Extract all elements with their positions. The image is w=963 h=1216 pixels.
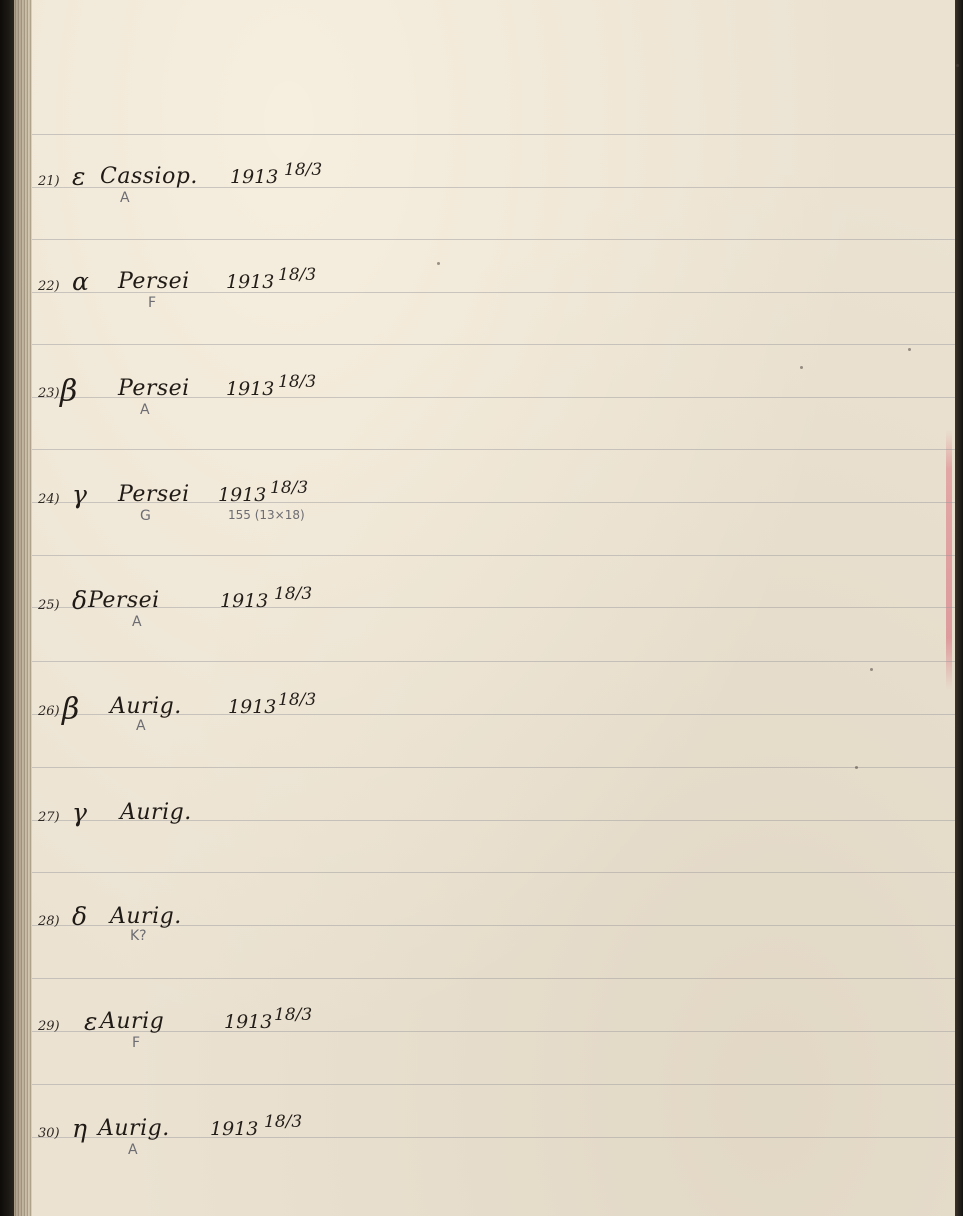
observation-year: 1913 [218, 484, 266, 506]
log-entry: 28) δ Aurig. K? [38, 900, 358, 950]
observation-date: 18/3 [270, 478, 308, 498]
entry-number: 22) [38, 279, 60, 294]
log-entry: 22) α Persei 1913 18/3 F [38, 265, 358, 315]
ruled-line [32, 1084, 955, 1085]
constellation-name: Aurig. [120, 800, 192, 825]
greek-letter: ε [84, 1007, 97, 1036]
observation-year: 1913 [224, 1011, 272, 1033]
spectral-class: A [132, 614, 142, 630]
greek-letter: ε [72, 162, 85, 191]
constellation-name: Aurig [100, 1009, 164, 1034]
observation-year: 1913 [210, 1118, 258, 1140]
ruled-line [32, 767, 955, 768]
observation-date: 18/3 [284, 160, 322, 180]
greek-letter: γ [72, 798, 87, 827]
constellation-name: Persei [88, 588, 160, 613]
spectral-class: A [140, 402, 150, 418]
spectral-class: F [132, 1035, 140, 1051]
observation-year: 1913 [226, 271, 274, 293]
log-entry: 26) β Aurig. 1913 18/3 A [38, 690, 358, 740]
ruled-line [32, 661, 955, 662]
spectral-class: G [140, 508, 151, 524]
greek-letter: δ [72, 902, 87, 931]
book-binding [0, 0, 14, 1216]
spectral-class: F [148, 295, 156, 311]
greek-letter: γ [72, 480, 87, 509]
entry-number: 28) [38, 914, 60, 929]
paper-speck [800, 366, 803, 369]
exposure-note: 155 (13×18) [228, 508, 305, 522]
entry-number: 25) [38, 598, 60, 613]
entry-number: 21) [38, 174, 60, 189]
entry-number: 23) [38, 386, 60, 401]
page-edges [14, 0, 32, 1216]
constellation-name: Persei [118, 269, 190, 294]
ruled-line [32, 978, 955, 979]
log-entry: 27) γ Aurig. [38, 796, 358, 846]
paper-speck [855, 766, 858, 769]
ruled-line [32, 555, 955, 556]
ruled-line [32, 134, 955, 135]
entry-number: 27) [38, 810, 60, 825]
pink-margin-stain [946, 430, 952, 690]
paper-speck [437, 262, 440, 265]
log-entry: 21) ε Cassiop. 1913 18/3 A [38, 160, 358, 210]
entry-number: 26) [38, 704, 60, 719]
greek-letter: δ [72, 586, 87, 615]
ruled-line [32, 344, 955, 345]
observation-date: 18/3 [278, 372, 316, 392]
entry-number: 29) [38, 1019, 60, 1034]
entry-number: 24) [38, 492, 60, 507]
paper-speck [956, 64, 959, 67]
observation-year: 1913 [220, 590, 268, 612]
page-right-edge [955, 0, 963, 1216]
entry-number: 30) [38, 1126, 60, 1141]
observation-date: 18/3 [274, 1005, 312, 1025]
paper-speck [908, 348, 911, 351]
observation-date: 18/3 [264, 1112, 302, 1132]
paper-speck [870, 668, 873, 671]
spectral-class: A [120, 190, 130, 206]
constellation-name: Aurig. [98, 1116, 170, 1141]
log-entry: 23) β Persei 1913 18/3 A [38, 372, 358, 422]
observation-date: 18/3 [274, 584, 312, 604]
constellation-name: Persei [118, 376, 190, 401]
greek-letter: β [60, 374, 77, 409]
greek-letter: η [72, 1114, 87, 1143]
spectral-class: A [128, 1142, 138, 1158]
constellation-name: Cassiop. [100, 164, 198, 189]
observation-year: 1913 [228, 696, 276, 718]
observation-year: 1913 [226, 378, 274, 400]
log-entry: 24) γ Persei 1913 18/3 G 155 (13×18) [38, 478, 358, 528]
log-entry: 30) η Aurig. 1913 18/3 A [38, 1112, 358, 1162]
constellation-name: Persei [118, 482, 190, 507]
greek-letter: β [62, 692, 79, 727]
spectral-class: K? [130, 928, 147, 944]
notebook-page: 21) ε Cassiop. 1913 18/3 A 22) α Persei … [0, 0, 963, 1216]
ruled-line [32, 239, 955, 240]
constellation-name: Aurig. [110, 904, 182, 929]
log-entry: 29) ε Aurig 1913 18/3 F [38, 1005, 358, 1055]
greek-letter: α [72, 267, 89, 296]
ruled-line [32, 449, 955, 450]
constellation-name: Aurig. [110, 694, 182, 719]
observation-year: 1913 [230, 166, 278, 188]
ruled-line [32, 872, 955, 873]
observation-date: 18/3 [278, 690, 316, 710]
observation-date: 18/3 [278, 265, 316, 285]
log-entry: 25) δ Persei 1913 18/3 A [38, 584, 358, 634]
spectral-class: A [136, 718, 146, 734]
